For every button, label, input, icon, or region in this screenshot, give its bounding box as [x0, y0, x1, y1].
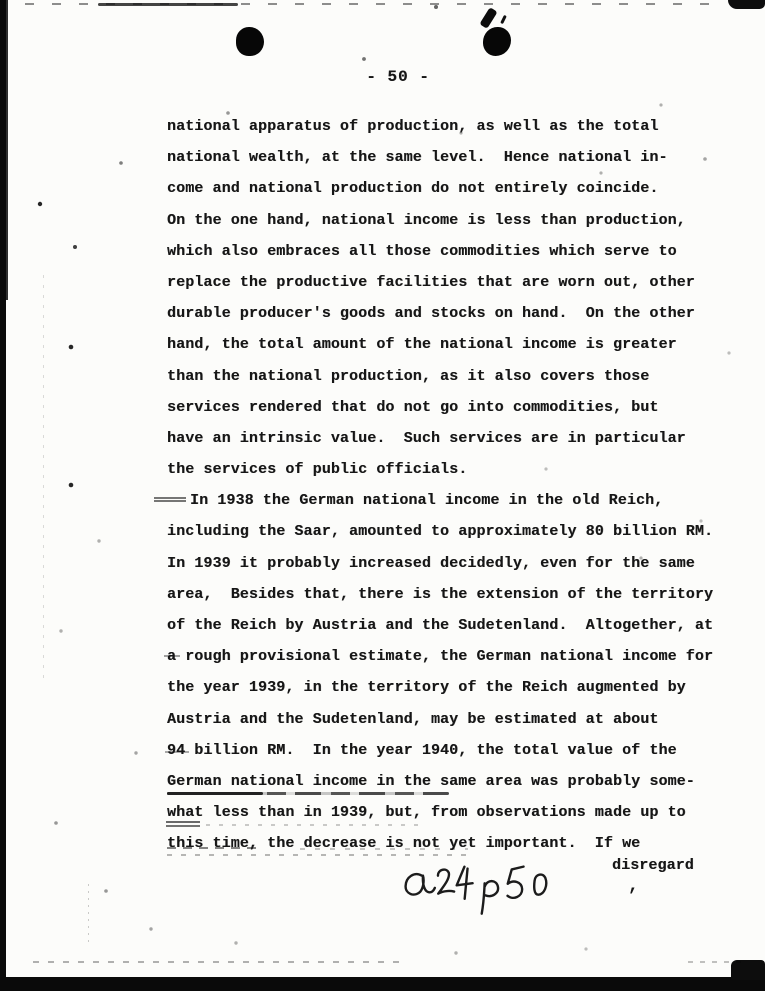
text-line: have an intrinsic value. Such services a…	[167, 423, 727, 454]
text-line: German national income in the same area …	[167, 766, 727, 797]
paper-crease-bottom	[88, 884, 89, 942]
handwriting-stroke-4	[455, 866, 473, 899]
handwriting-stroke-p	[480, 881, 500, 914]
text-line: including the Saar, amounted to approxim…	[167, 516, 727, 547]
text-line: a rough provisional estimate, the German…	[167, 641, 727, 672]
text-line: Austria and the Sudetenland, may be esti…	[167, 704, 727, 735]
stray-comma-mark: ,	[628, 876, 639, 896]
text-line: national apparatus of production, as wel…	[167, 111, 727, 142]
scanned-page: - 50 - national apparatus of production,…	[0, 0, 765, 991]
text-line: In 1939 it probably increased decidedly,…	[167, 548, 727, 579]
text-line: 94 billion RM. In the year 1940, the tot…	[167, 735, 727, 766]
page-number: - 50 -	[366, 68, 430, 86]
handwriting-stroke-0	[533, 874, 547, 895]
text-line: what less than in 1939, but, from observ…	[167, 797, 727, 828]
handwritten-annotation	[403, 858, 549, 920]
scan-edge-bottom	[0, 977, 765, 991]
handwriting-stroke-2	[437, 869, 455, 894]
text-line: services rendered that do not go into co…	[167, 392, 727, 423]
text-line-paragraph-start: In 1938 the German national income in th…	[167, 485, 727, 516]
typewritten-text: national apparatus of production, as wel…	[167, 111, 727, 860]
scan-blob-top-right	[728, 0, 765, 9]
text-line: the services of public officials.	[167, 454, 727, 485]
scan-dust-specks	[0, 0, 2, 2]
text-line: which also embraces all those commoditie…	[167, 236, 727, 267]
text-line: than the national production, as it also…	[167, 361, 727, 392]
paper-crease-line	[43, 275, 44, 685]
hole-punch-right	[483, 27, 511, 56]
text-line: durable producer's goods and stocks on h…	[167, 298, 727, 329]
scan-bottom-dotted-line-right	[688, 961, 746, 963]
text-line: On the one hand, national income is less…	[167, 205, 727, 236]
text-line: hand, the total amount of the national i…	[167, 329, 727, 360]
scan-edge-left-shadow	[6, 0, 8, 300]
pen-slash-mark	[479, 7, 497, 29]
scan-top-dark-segment	[98, 3, 238, 6]
text-line: come and national production do not enti…	[167, 173, 727, 204]
text-line: replace the productive facilities that a…	[167, 267, 727, 298]
text-line: national wealth, at the same level. Henc…	[167, 142, 727, 173]
handwriting-stroke-R	[405, 873, 435, 895]
hole-punch-left	[236, 27, 264, 56]
text-line: of the Reich by Austria and the Sudetenl…	[167, 610, 727, 641]
text-line: the year 1939, in the territory of the R…	[167, 672, 727, 703]
pen-tick-mark	[500, 15, 507, 24]
handwriting-stroke-5	[506, 867, 526, 899]
text-line: area, Besides that, there is the extensi…	[167, 579, 727, 610]
scan-blob-bottom-right	[731, 960, 765, 980]
scan-bottom-dotted-line	[33, 961, 405, 963]
catchword-disregard: disregard	[612, 857, 694, 874]
text-line: this time, the decrease is not yet impor…	[167, 828, 727, 859]
